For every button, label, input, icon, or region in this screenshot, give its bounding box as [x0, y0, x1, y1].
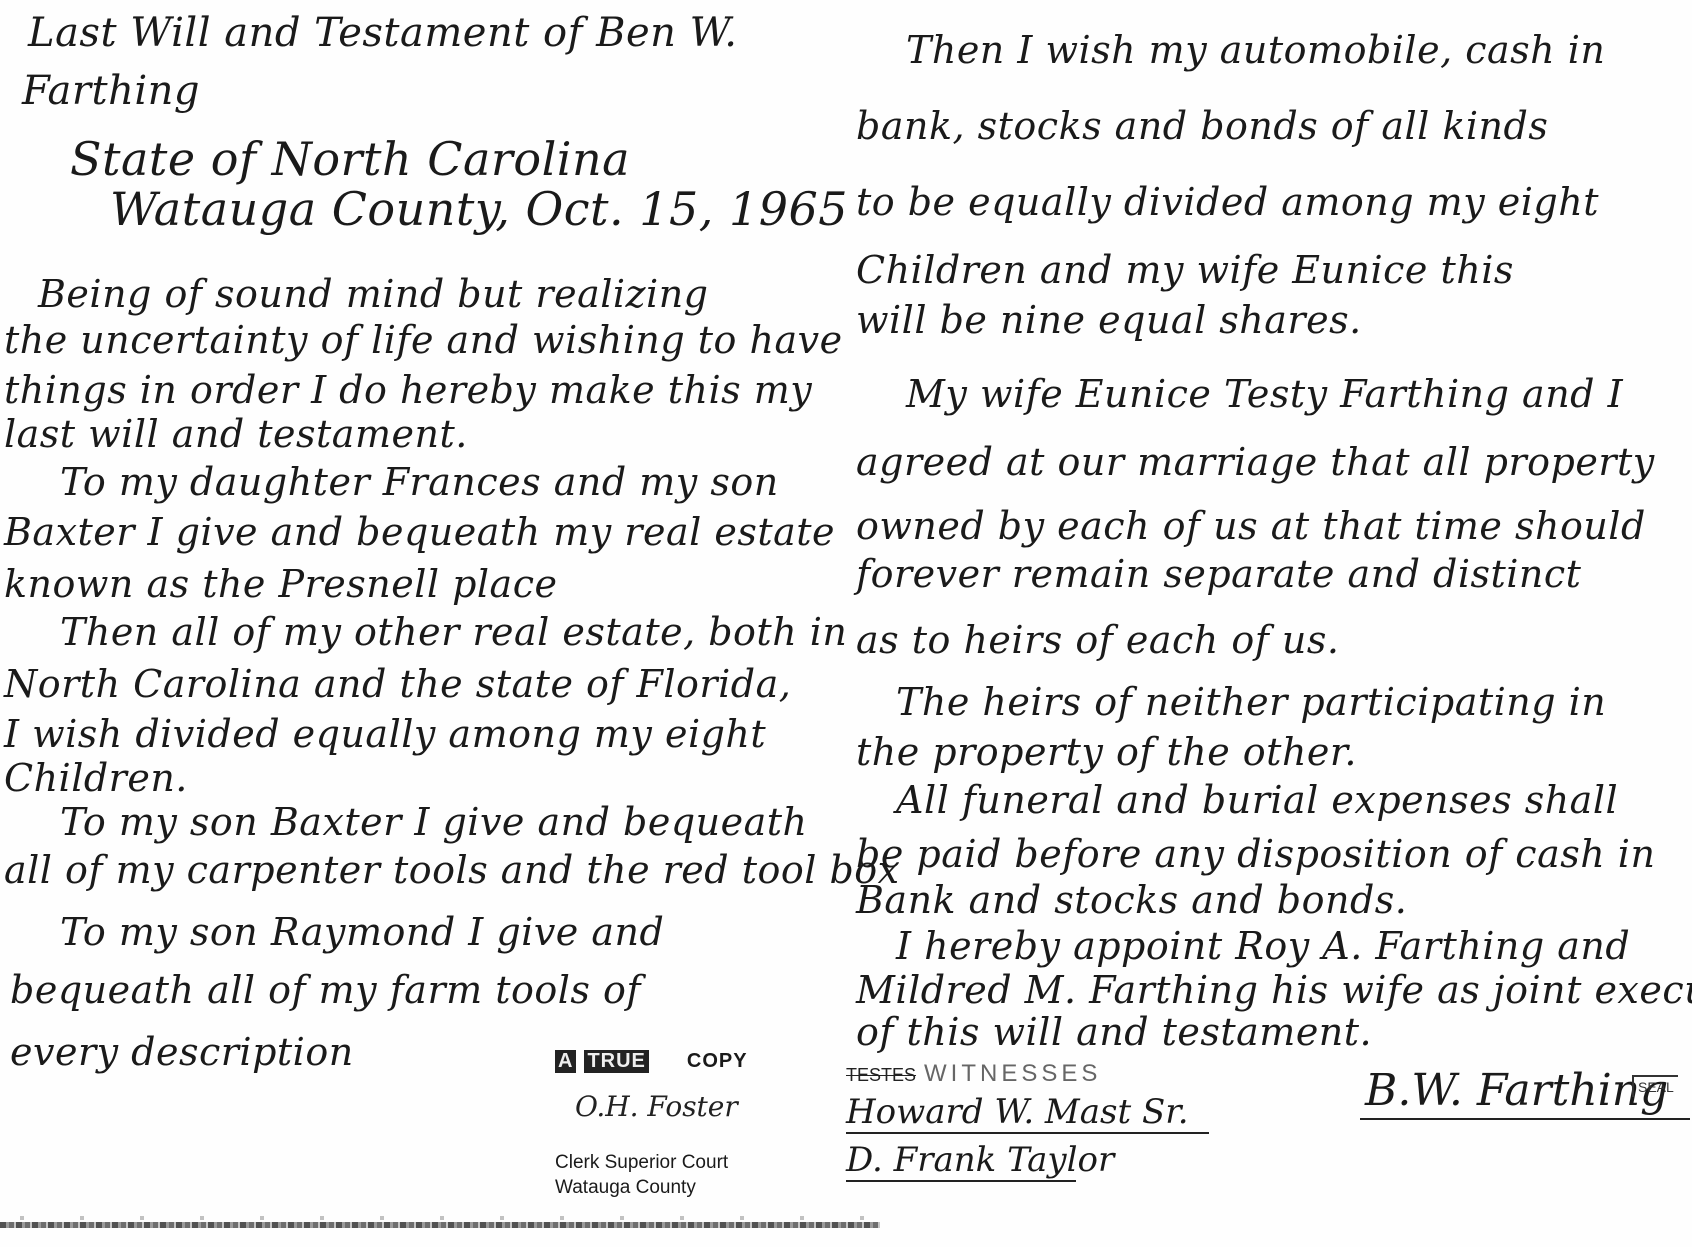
struck-label: TESTES [846, 1065, 916, 1085]
body-line: Bank and stocks and bonds. [856, 878, 1407, 922]
body-line: All funeral and burial expenses shall [896, 778, 1618, 822]
body-line: be paid before any disposition of cash i… [856, 832, 1655, 876]
body-line: bequeath all of my farm tools of [10, 968, 641, 1012]
body-line: owned by each of us at that time should [856, 504, 1646, 548]
body-line: I wish divided equally among my eight [4, 712, 766, 756]
body-line: Baxter I give and bequeath my real estat… [4, 510, 835, 554]
body-line: To my son Raymond I give and [60, 910, 664, 954]
testator-signature: B.W. Farthing [1365, 1065, 1668, 1116]
body-line: Children and my wife Eunice this [856, 248, 1514, 292]
clerk-county: Watauga County [555, 1177, 696, 1199]
body-line: I hereby appoint Roy A. Farthing and [896, 924, 1630, 968]
stamp-word-a: A [555, 1050, 576, 1073]
body-line: Then I wish my automobile, cash in [906, 28, 1605, 72]
body-line: things in order I do hereby make this my [4, 368, 812, 412]
body-line: every description [10, 1030, 354, 1074]
body-line: bank, stocks and bonds of all kinds [856, 104, 1548, 148]
body-line: Then all of my other real estate, both i… [60, 610, 847, 654]
seal-mark: SEAL [1632, 1075, 1678, 1097]
body-line: will be nine equal shares. [856, 298, 1362, 342]
true-copy-stamp: ATRUECOPY O.H. Foster Clerk Superior Cou… [555, 1050, 775, 1220]
stamp-word-true: TRUE [584, 1050, 648, 1073]
will-title-line-1: Last Will and Testament of Ben W. [28, 10, 738, 56]
body-line: forever remain separate and distinct [856, 552, 1581, 596]
body-line: as to heirs of each of us. [856, 618, 1339, 662]
body-line: My wife Eunice Testy Farthing and I [906, 372, 1623, 416]
body-line: the uncertainty of life and wishing to h… [4, 318, 843, 362]
body-line: The heirs of neither participating in [896, 680, 1606, 724]
body-line: Being of sound mind but realizing [38, 272, 709, 316]
clerk-signature: O.H. Foster [575, 1090, 738, 1123]
body-line: North Carolina and the state of Florida, [4, 662, 791, 706]
body-line: known as the Presnell place [4, 562, 557, 606]
witness-signature-2: D. Frank Taylor [846, 1140, 1076, 1182]
body-line: all of my carpenter tools and the red to… [4, 848, 900, 892]
scan-artifact-dots [0, 1216, 880, 1220]
will-document-page: Last Will and Testament of Ben W. Farthi… [0, 0, 1692, 1247]
witnesses-label: TESTESWITNESSES [846, 1060, 1101, 1088]
body-line: of this will and testament. [856, 1010, 1372, 1054]
body-line: Children. [4, 756, 188, 800]
will-title-line-2: Farthing [22, 68, 200, 114]
body-line: last will and testament. [4, 412, 468, 456]
scan-edge-artifact [0, 1222, 880, 1228]
signature-line [1360, 1118, 1690, 1120]
witness-signature-1: Howard W. Mast Sr. [846, 1092, 1209, 1134]
body-line: the property of the other. [856, 730, 1357, 774]
stamp-word-copy: COPY [687, 1050, 748, 1072]
body-line: Mildred M. Farthing his wife as joint ex… [856, 968, 1692, 1012]
body-line: To my daughter Frances and my son [60, 460, 779, 504]
body-line: agreed at our marriage that all property [856, 440, 1655, 484]
county-date-heading: Watauga County, Oct. 15, 1965 [110, 182, 848, 236]
body-line: to be equally divided among my eight [856, 180, 1599, 224]
stamp-header: ATRUECOPY [555, 1050, 748, 1073]
witnesses-heading: WITNESSES [924, 1060, 1101, 1087]
state-heading: State of North Carolina [70, 132, 630, 186]
clerk-title: Clerk Superior Court [555, 1152, 728, 1174]
body-line: To my son Baxter I give and bequeath [60, 800, 808, 844]
